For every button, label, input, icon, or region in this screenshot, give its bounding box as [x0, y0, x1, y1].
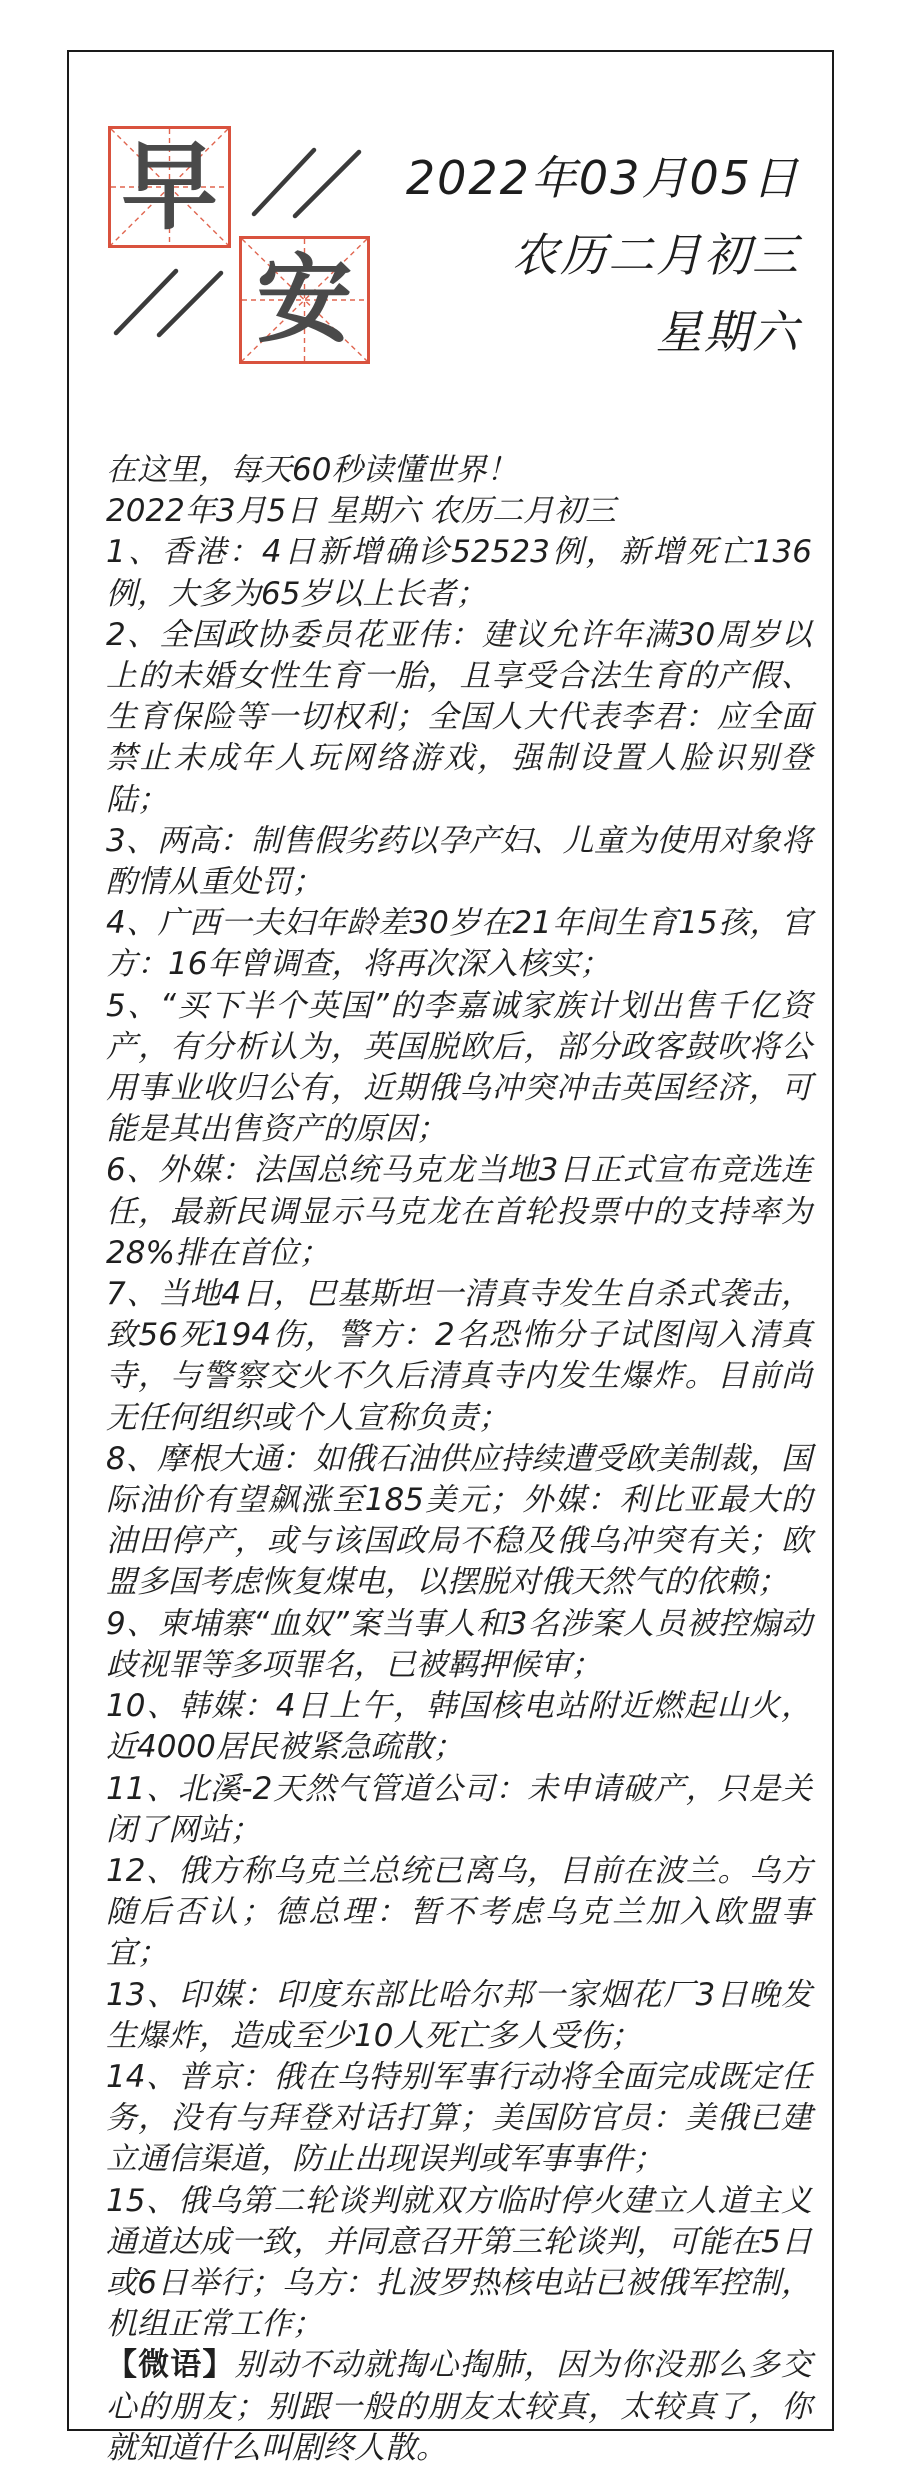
news-item: 10、韩媒：4日上午，韩国核电站附近燃起山火，近4000居民被紧急疏散； — [106, 1686, 812, 1768]
slash-icon — [159, 273, 221, 335]
date-heading: 2022年3月5日 星期六 农历二月初三 — [106, 491, 812, 532]
news-item: 11、北溪-2天然气管道公司：未申请破产，只是关闭了网站； — [106, 1769, 812, 1851]
news-item: 7、当地4日，巴基斯坦一清真寺发生自杀式袭击，致56死194伤，警方：2名恐怖分… — [106, 1274, 812, 1439]
intro-line: 在这里，每天60秒读懂世界！ — [106, 450, 812, 491]
slash-icon — [116, 271, 176, 333]
news-item: 6、外媒：法国总统马克龙当地3日正式宣布竞选连任，最新民调显示马克龙在首轮投票中… — [106, 1150, 812, 1274]
news-item: 15、俄乌第二轮谈判就双方临时停火建立人道主义通道达成一致，并同意召开第三轮谈判… — [106, 2181, 812, 2346]
news-item: 9、柬埔寨“血奴”案当事人和3名涉案人员被控煽动歧视罪等多项罪名，已被羁押候审； — [106, 1604, 812, 1686]
news-item: 5、“买下半个英国”的李嘉诚家族计划出售千亿资产，有分析认为，英国脱欧后，部分政… — [106, 986, 812, 1151]
news-body: 在这里，每天60秒读懂世界！ 2022年3月5日 星期六 农历二月初三 1、香港… — [106, 450, 812, 2469]
news-item: 4、广西一夫妇年龄差30岁在21年间生育15孩，官方：16年曾调查，将再次深入核… — [106, 903, 812, 985]
news-item: 2、全国政协委员花亚伟：建议允许年满30周岁以上的未婚女性生育一胎，且享受合法生… — [106, 615, 812, 821]
calligraphy-box-zao: 早 — [108, 126, 231, 248]
news-item: 13、印媒：印度东部比哈尔邦一家烟花厂3日晚发生爆炸，造成至少10人死亡多人受伤… — [106, 1975, 812, 2057]
weiyu-line: 【微语】别动不动就掏心掏肺，因为你没那么多交心的朋友；别跟一般的朋友太较真，太较… — [106, 2345, 812, 2469]
news-item: 3、两高：制售假劣药以孕产妇、儿童为使用对象将酌情从重处罚； — [106, 821, 812, 903]
date-weekday: 星期六 — [406, 294, 800, 371]
weiyu-label: 【微语】 — [106, 2347, 235, 2383]
news-item: 14、普京：俄在乌特别军事行动将全面完成既定任务，没有与拜登对话打算；美国防官员… — [106, 2057, 812, 2181]
date-lunar: 农历二月初三 — [406, 217, 800, 294]
slash-icon — [254, 150, 314, 214]
slash-icon — [295, 152, 359, 216]
date-gregorian: 2022年03月05日 — [406, 140, 800, 217]
char-an: 安 — [242, 239, 367, 361]
char-zao: 早 — [111, 129, 228, 245]
morning-news-poster: 早 安 2022年03月05日 农历二月初三 星期六 在这里，每天60秒读懂世界… — [0, 0, 900, 2480]
news-item: 8、摩根大通：如俄石油供应持续遭受欧美制裁，国际油价有望飙涨至185美元；外媒：… — [106, 1439, 812, 1604]
news-item: 12、俄方称乌克兰总统已离乌，目前在波兰。乌方随后否认；德总理：暂不考虑乌克兰加… — [106, 1851, 812, 1975]
news-item: 1、香港：4日新增确诊52523例，新增死亡136例，大多为65岁以上长者； — [106, 532, 812, 614]
date-block: 2022年03月05日 农历二月初三 星期六 — [406, 140, 800, 371]
poster-frame: 早 安 2022年03月05日 农历二月初三 星期六 在这里，每天60秒读懂世界… — [67, 50, 834, 2431]
calligraphy-box-an: 安 — [239, 236, 370, 364]
